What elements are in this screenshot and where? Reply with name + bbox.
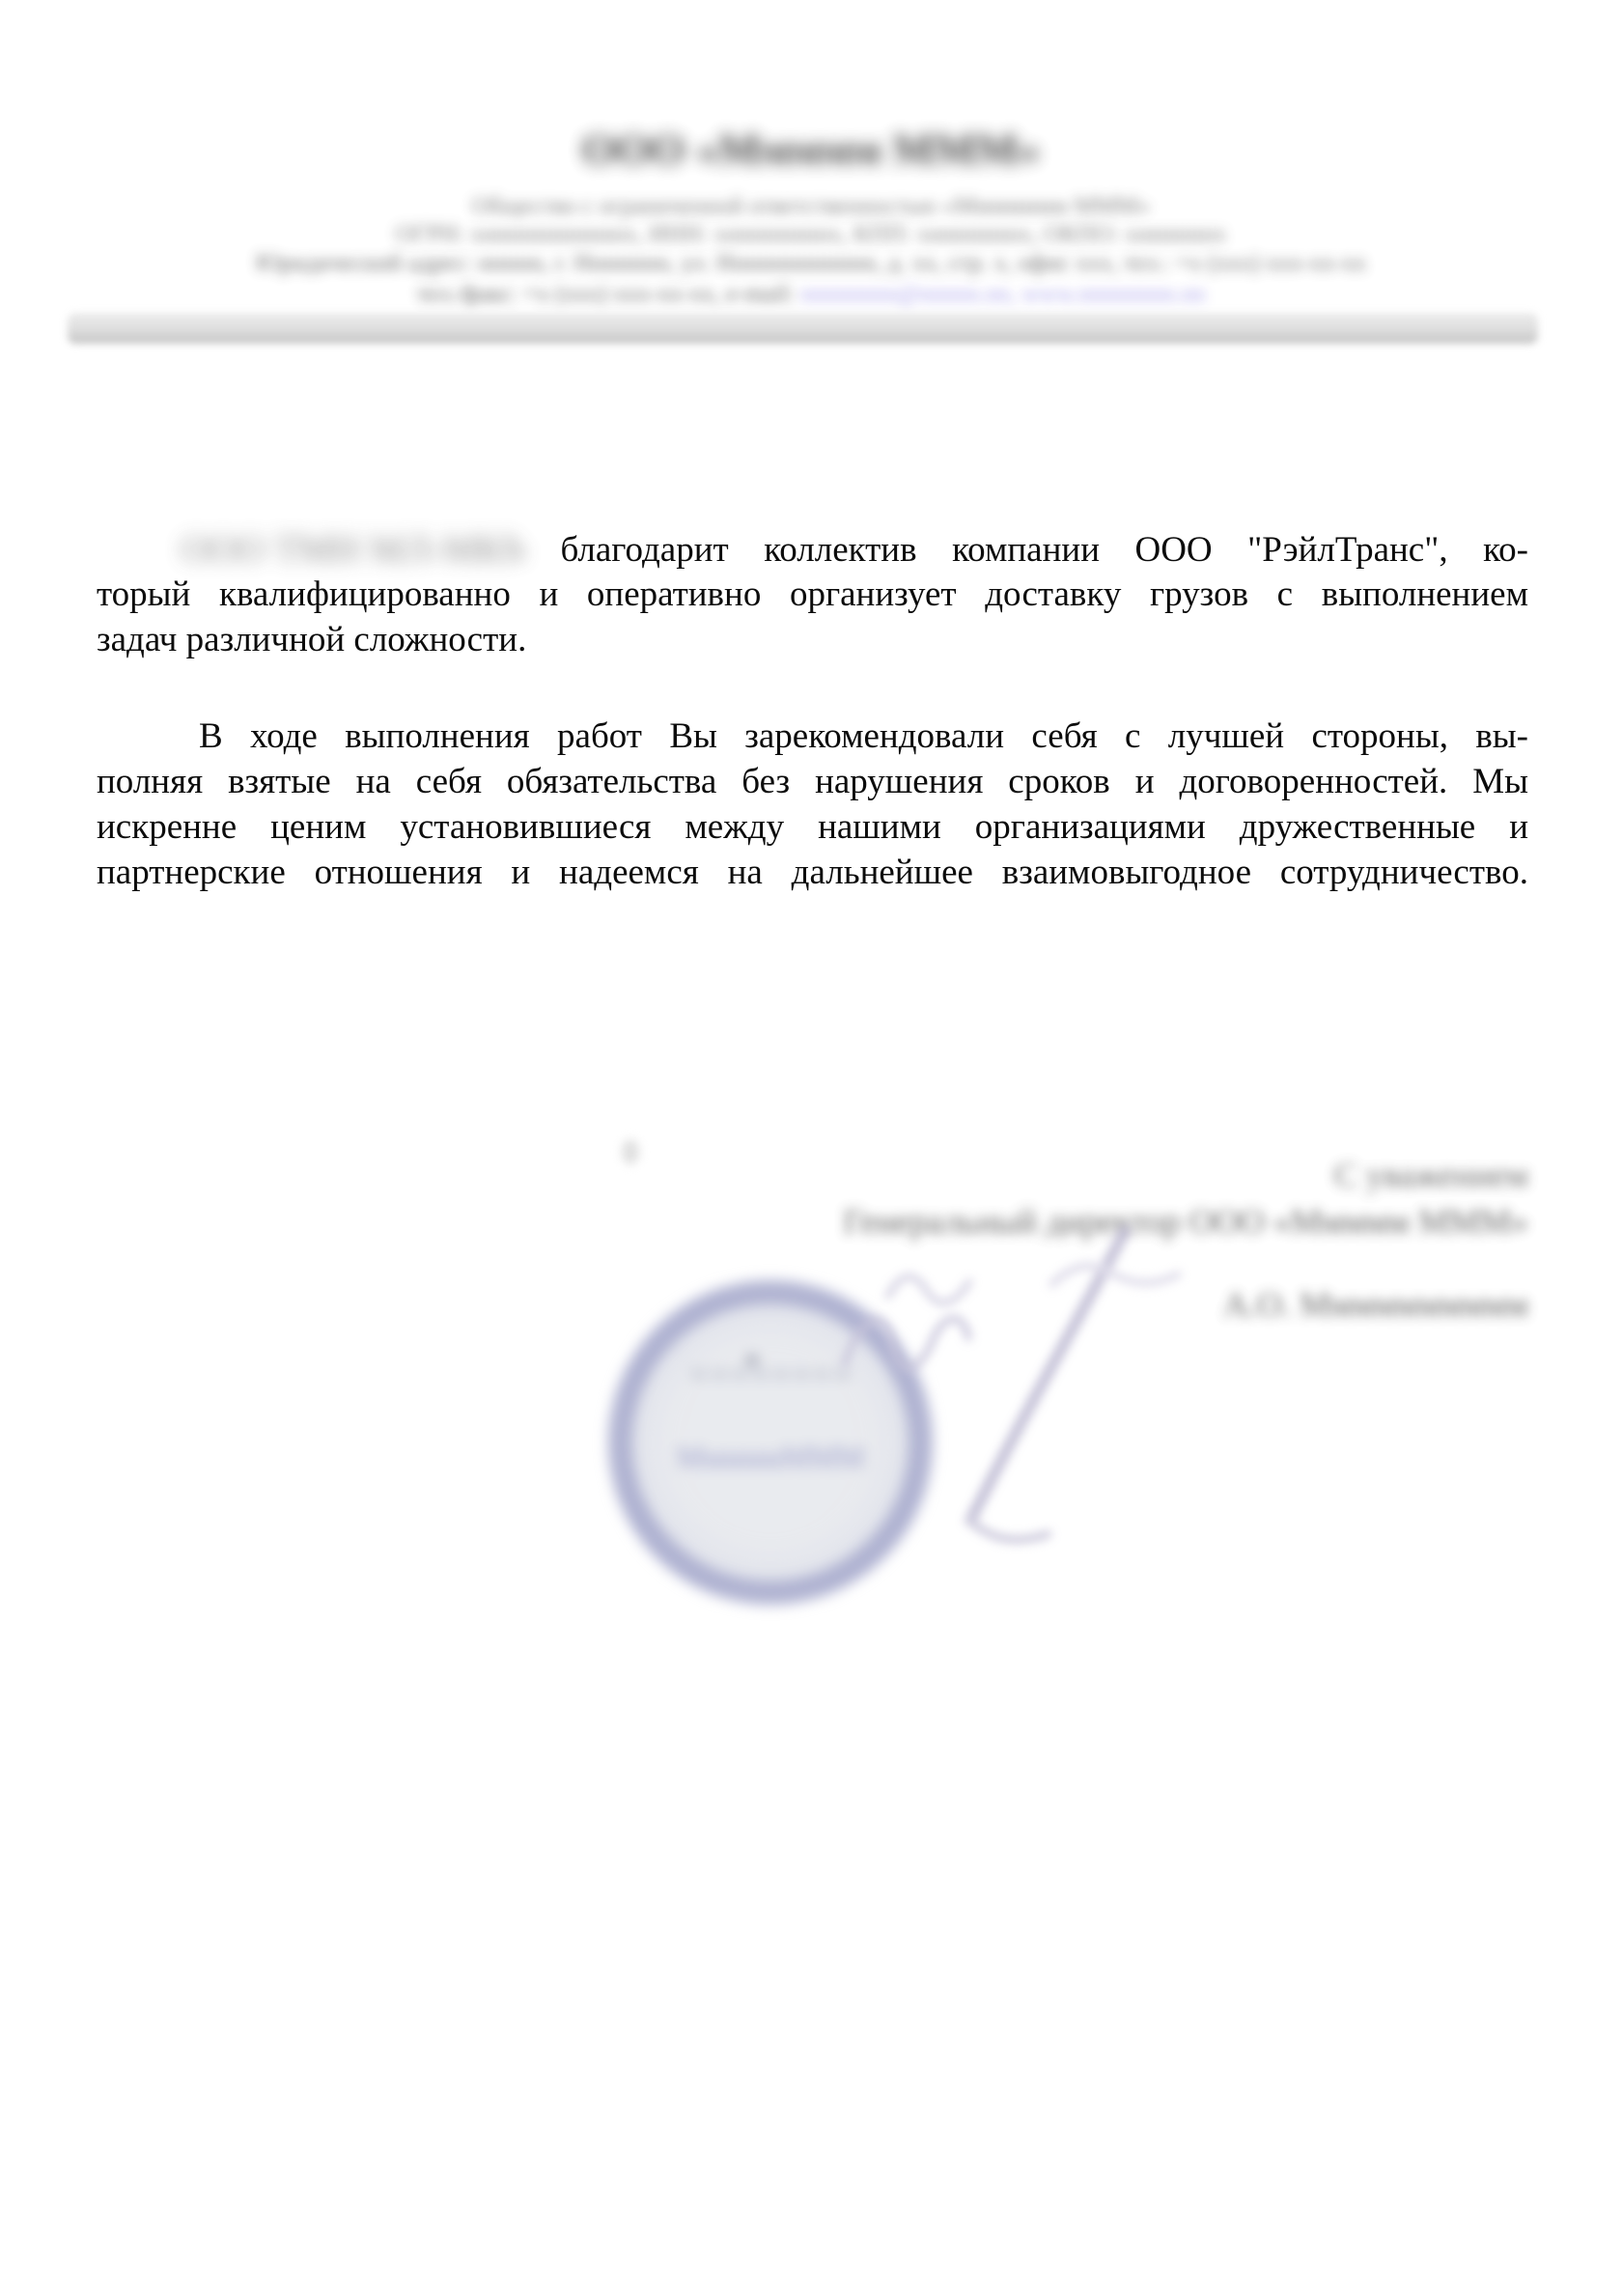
- letterhead-company-title-blurred: ООО «Ммммм МММ»: [0, 124, 1622, 175]
- paragraph-2-line-1: В ходе выполнения работ Вы зарекомендова…: [97, 714, 1528, 759]
- paragraph-1-line-3: задач различной сложности.: [97, 617, 1528, 662]
- letterhead-subline-1-blurred: Общество с ограниченной ответственностью…: [0, 193, 1622, 220]
- paragraph-2-line-3: искренне ценим установившиеся между наши…: [97, 804, 1528, 850]
- paragraph-2: В ходе выполнения работ Вы зарекомендова…: [97, 714, 1528, 895]
- letterhead-divider-rule: [68, 313, 1538, 344]
- paragraph-2-line-2: полняя взятые на себя обязательства без …: [97, 759, 1528, 804]
- letterhead-email-link[interactable]: nnnnnnnn@nnnnn.nn, www.nnnnnnnn.nn: [800, 281, 1205, 307]
- letterhead-contact-line-blurred: тел./факс: +х (ххх) ххх-хх-хх, e-mail: n…: [0, 281, 1622, 308]
- letterhead-subline-2-blurred: ОГРН: хнннннннннннх, ИНН: хннннннннх, КП…: [0, 221, 1622, 248]
- paragraph-1-line-1: ООО ТМН МЛ-МКМ благодарит коллектив комп…: [97, 526, 1528, 572]
- paragraph-1-line-2: торый квалифицированно и оперативно орга…: [97, 572, 1528, 617]
- sender-company-name-blurred: ООО ТМН МЛ-МКМ: [182, 526, 525, 569]
- paragraph-2-line-4: партнерские отношения и надеемся на даль…: [97, 850, 1528, 895]
- paragraph-1: ООО ТМН МЛ-МКМ благодарит коллектив комп…: [97, 526, 1528, 662]
- scanned-letter-page: ООО «Ммммм МММ» Общество с ограниченной …: [0, 0, 1622, 2296]
- letterhead-address-line-blurred: Юридический адрес: ннннн, г. Ннннннн, ул…: [0, 250, 1622, 277]
- scan-artifact-smudge: [622, 1139, 639, 1164]
- signature-closing-blurred: С уважением: [1334, 1155, 1528, 1195]
- letterhead-contact-prefix: тел./факс: +х (ххх) ххх-хх-хх, e-mail:: [416, 281, 800, 307]
- paragraph-1-line-1-text: благодарит коллектив компании ООО "РэйлТ…: [561, 530, 1529, 570]
- handwritten-signature: [599, 1139, 1352, 1593]
